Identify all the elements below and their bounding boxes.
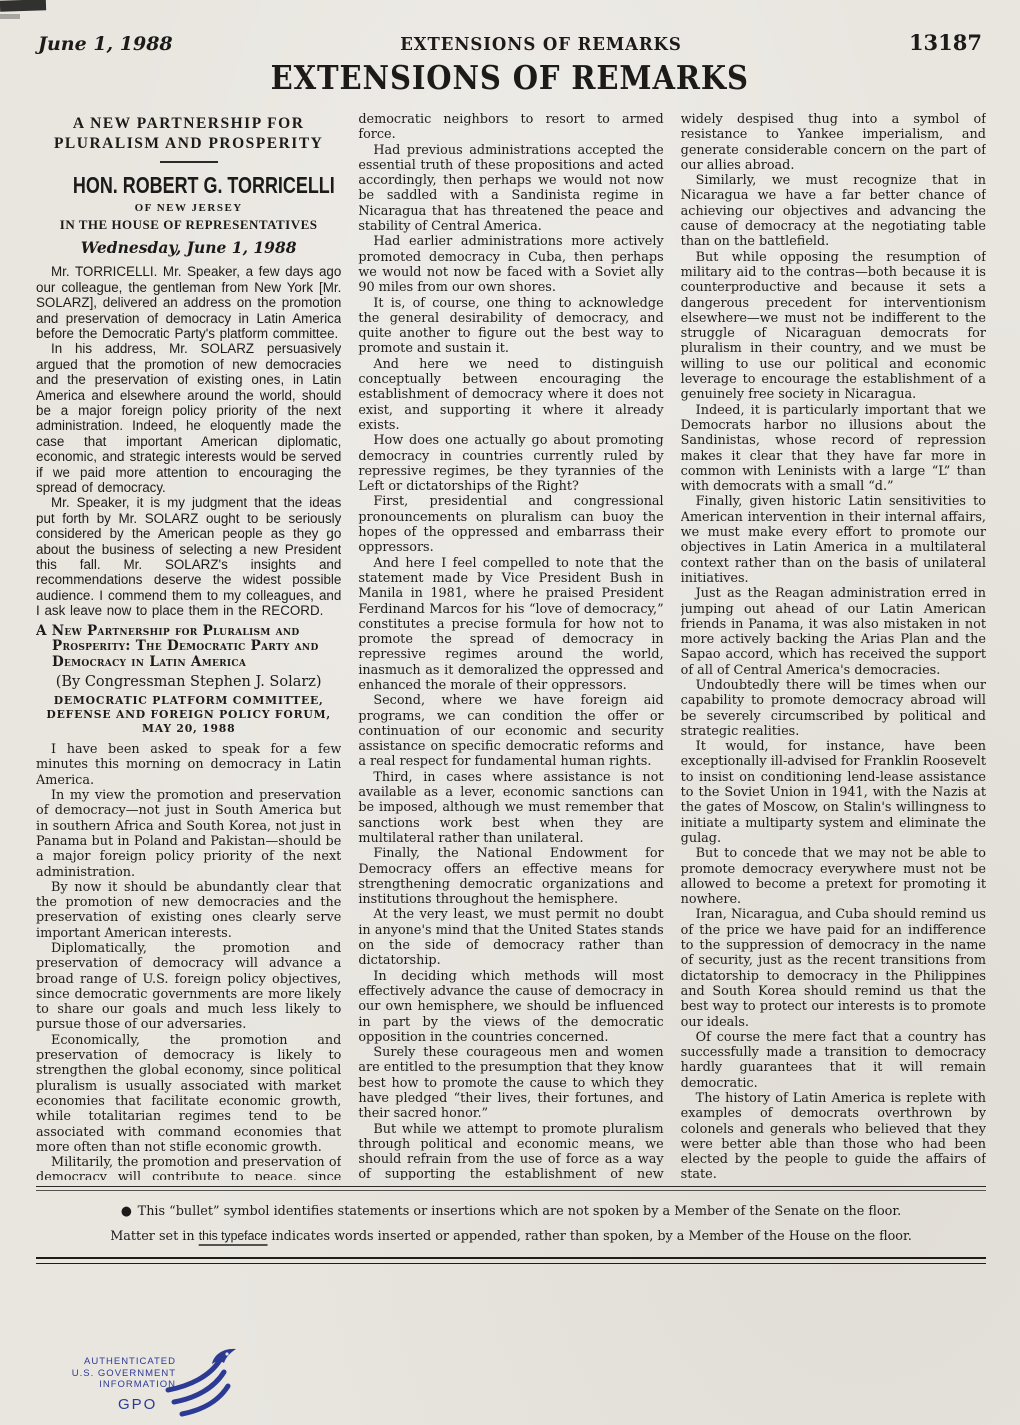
paragraph: Undoubtedly there will be times when our… [681,678,986,739]
paragraph: Mr. Speaker, it is my judgment that the … [36,495,341,618]
congressional-record-page: { "header": { "date": "June 1, 1988", "t… [0,0,1020,1425]
paragraph: But to concede that we may not be able t… [681,846,986,907]
scan-artifact [0,14,20,19]
paragraph: Mr. TORRICELLI. Mr. Speaker, a few days … [36,264,341,341]
paragraph: And here I feel compelled to note that t… [358,556,663,694]
gpo-eagle-icon [162,1346,246,1425]
paragraph: Of course the mere fact that a country h… [681,1030,986,1091]
header-title: EXTENSIONS OF REMARKS [400,34,681,55]
typeface-note: Matter set in this typeface indicates wo… [60,1224,962,1249]
gpo-line3: INFORMATION [58,1379,176,1391]
gpo-authentication-seal: AUTHENTICATED U.S. GOVERNMENT INFORMATIO… [58,1352,238,1424]
paragraph: Had previous administrations accepted th… [358,143,663,235]
paragraph: Iran, Nicaragua, and Cuba should remind … [681,907,986,1029]
masthead: EXTENSIONS OF REMARKS [0,58,1020,97]
header-date: June 1, 1988 [38,33,173,55]
bullet-note: ●This “bullet” symbol identifies stateme… [60,1200,962,1224]
article-heading: A NEW PARTNERSHIP FOR PLURALISM AND PROS… [44,114,333,154]
paragraph: Militarily, the promotion and preservati… [36,1155,341,1180]
paragraph: I have been asked to speak for a few min… [36,742,341,788]
paragraph: Economically, the promotion and preserva… [36,1033,341,1155]
paragraph: By now it should be abundantly clear tha… [36,880,341,941]
chamber-line: IN THE HOUSE OF REPRESENTATIVES [36,217,341,233]
paragraph: In deciding which methods will most effe… [358,969,663,1045]
paragraph: Had earlier administrations more activel… [358,234,663,295]
column-2: democratic neighbors to resort to armed … [358,112,663,1180]
gpo-text: AUTHENTICATED U.S. GOVERNMENT INFORMATIO… [58,1356,176,1391]
paragraph: In his address, Mr. SOLARZ persuasively … [36,341,341,495]
bullet-icon: ● [121,1204,132,1219]
paragraph: First, presidential and congressional pr… [358,494,663,555]
paragraph: But while we attempt to promote pluralis… [358,1122,663,1180]
author-state: OF NEW JERSEY [36,202,341,214]
paragraph: Surely these courageous men and women ar… [358,1045,663,1121]
paragraph: Just as the Reagan administration erred … [681,586,986,678]
gpo-line2: U.S. GOVERNMENT [58,1368,176,1380]
paragraph: At the very least, we must permit no dou… [358,907,663,968]
paragraph: But while opposing the resumption of mil… [681,250,986,403]
speech-text-col1: I have been asked to speak for a few min… [36,742,341,1180]
footer-notes: ●This “bullet” symbol identifies stateme… [36,1191,986,1257]
speech-text-col3: widely despised thug into a symbol of re… [681,112,986,1180]
paragraph: Indeed, it is particularly important tha… [681,403,986,495]
forum-subheading: DEMOCRATIC PLATFORM COMMITTEE, DEFENSE A… [42,694,335,736]
paragraph: Second, where we have foreign aid progra… [358,693,663,769]
paragraph: In my view the promotion and preservatio… [36,788,341,880]
running-header: June 1, 1988 EXTENSIONS OF REMARKS 13187 [38,30,982,55]
paragraph: And here we need to distinguish conceptu… [358,357,663,433]
spoken-remarks: Mr. TORRICELLI. Mr. Speaker, a few days … [36,264,341,618]
heading-rule [160,161,218,163]
article-columns: A NEW PARTNERSHIP FOR PLURALISM AND PROS… [36,112,986,1180]
insert-heading: A New Partnership for Pluralism and Pros… [36,624,341,671]
date-line: Wednesday, June 1, 1988 [36,238,341,257]
paragraph: It would, for instance, have been except… [681,739,986,846]
paragraph: widely despised thug into a symbol of re… [681,112,986,173]
typeface-highlight: this typeface [199,1229,268,1246]
column-1: A NEW PARTNERSHIP FOR PLURALISM AND PROS… [36,112,341,1180]
paragraph: Finally, the National Endowment for Demo… [358,846,663,907]
gpo-label: GPO [118,1396,157,1413]
paragraph: It is, of course, one thing to acknowled… [358,296,663,357]
masthead-title: EXTENSIONS OF REMARKS [271,58,749,97]
column-3: widely despised thug into a symbol of re… [681,112,986,1180]
scan-artifact [0,0,46,12]
paragraph: Diplomatically, the promotion and preser… [36,941,341,1033]
header-page-number: 13187 [909,30,982,55]
gpo-line1: AUTHENTICATED [58,1356,176,1368]
paragraph: The history of Latin America is replete … [681,1091,986,1180]
paragraph: How does one actually go about promoting… [358,433,663,494]
page-footer: ●This “bullet” symbol identifies stateme… [36,1186,986,1264]
paragraph: Finally, given historic Latin sensitivit… [681,494,986,586]
paragraph: democratic neighbors to resort to armed … [358,112,663,143]
footer-bottom-rule [36,1257,986,1264]
paragraph: Similarly, we must recognize that in Nic… [681,173,986,249]
author-name: HON. ROBERT G. TORRICELLI [36,172,341,199]
byline: (By Congressman Stephen J. Solarz) [36,674,341,690]
paragraph: Third, in cases where assistance is not … [358,770,663,846]
speech-text-col2: democratic neighbors to resort to armed … [358,112,663,1180]
